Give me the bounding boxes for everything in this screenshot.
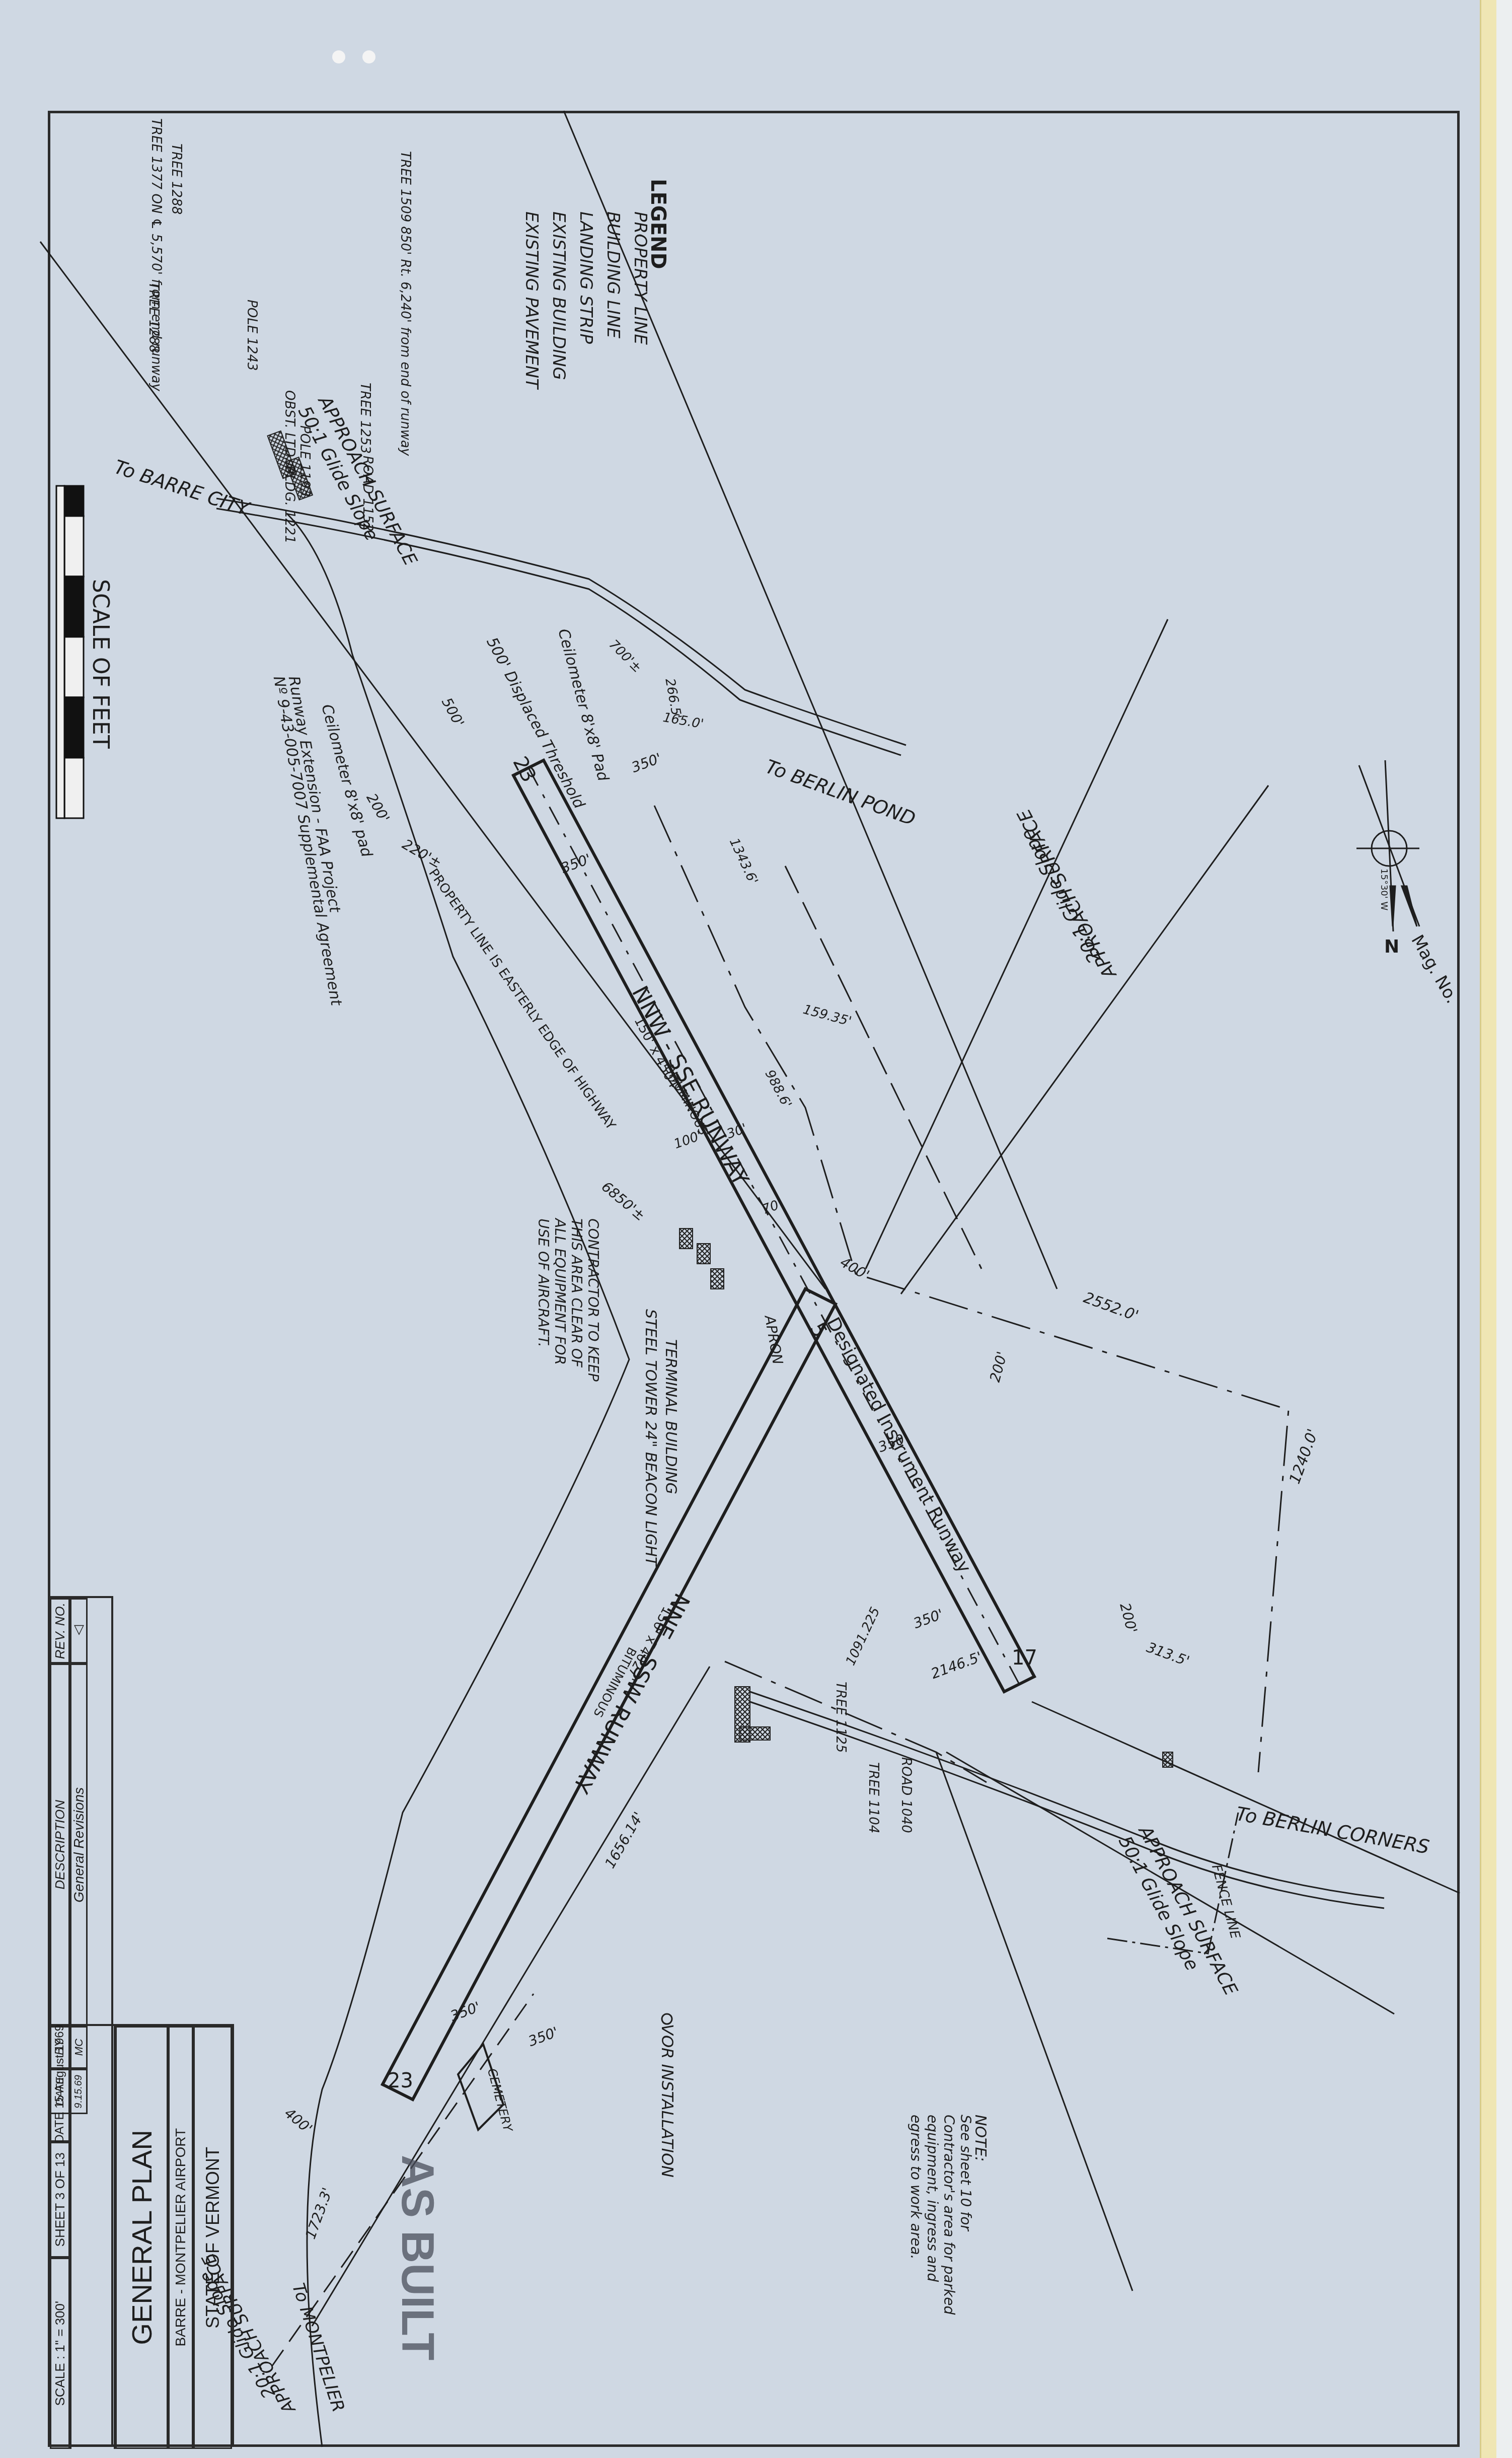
legend-property-line: PROPERTY LINE xyxy=(630,211,650,345)
rev-no-header: REV. NO. xyxy=(52,1603,68,1659)
description-header: DESCRIPTION xyxy=(52,1800,68,1890)
vor-icon xyxy=(662,2014,672,2024)
obstruction-label: ROAD 1152 xyxy=(360,456,375,532)
obstruction-label: TREE 1288 xyxy=(146,282,161,353)
contractor-note: CONTRACTOR TO KEEP THIS AREA CLEAR OF AL… xyxy=(535,1218,601,1395)
drawing-scale: SCALE : 1" = 300' xyxy=(52,2301,68,2406)
obstruction-label: ROAD 1040 xyxy=(898,1757,914,1833)
true-north-label: N xyxy=(1384,936,1399,957)
runway-end-marker: 17 xyxy=(1012,1646,1037,1670)
state-name: STATE OF VERMONT xyxy=(202,2147,223,2329)
obstruction-label: OBST. LTD. BLDG. 1221 xyxy=(282,390,297,543)
revision-row-description: General Revisions xyxy=(71,1787,87,1903)
obstruction-label: TREE 1104 xyxy=(866,1762,881,1833)
terminal-building-label: TERMINAL BUILDING xyxy=(662,1339,679,1494)
obstruction-label: POLE 1243 xyxy=(244,300,259,371)
obstruction-label: TREE 1253 xyxy=(357,383,372,454)
airport-name: BARRE - MONTPELIER AIRPORT xyxy=(173,2128,189,2347)
obstruction-label: TREE 1509 850' Rt. 6,240' from end of ru… xyxy=(398,151,413,456)
revision-row-number: △ xyxy=(71,1623,87,1638)
legend-landing-strip: LANDING STRIP xyxy=(576,211,596,344)
as-built-stamp: AS BUILT xyxy=(391,2155,443,2360)
declination-label: 15°30' W xyxy=(1379,869,1389,910)
legend-existing-building: EXISTING BUILDING xyxy=(549,211,569,380)
note-title: NOTE: xyxy=(971,2115,989,2161)
vor-installation-label: VOR INSTALLATION xyxy=(658,2024,677,2178)
note-body: See sheet 10 for Contractor's area for p… xyxy=(908,2115,974,2316)
drawing-title: GENERAL PLAN xyxy=(125,2130,158,2345)
obstruction-label: TREE 1288 xyxy=(169,143,184,214)
legend-building-line: BUILDING LINE xyxy=(603,211,623,338)
runway-end-marker: 23 xyxy=(388,2069,413,2092)
obstruction-label: POLE 1193 xyxy=(297,425,312,497)
drawing-date: DATE 15 August 1969 xyxy=(53,2025,67,2143)
obstruction-label: TREE 1125 xyxy=(833,1682,848,1753)
scale-bar-graphic xyxy=(56,486,84,818)
legend-existing-pavement: EXISTING PAVEMENT xyxy=(521,211,542,389)
scale-bar-title: SCALE OF FEET xyxy=(88,579,113,749)
steel-tower-label: STEEL TOWER 24" BEACON LIGHT xyxy=(642,1309,659,1566)
title-block: DATE 15 August 1969 SHEET 3 OF 13 SCALE … xyxy=(48,2024,234,2447)
sheet-number: SHEET 3 OF 13 xyxy=(52,2152,68,2247)
